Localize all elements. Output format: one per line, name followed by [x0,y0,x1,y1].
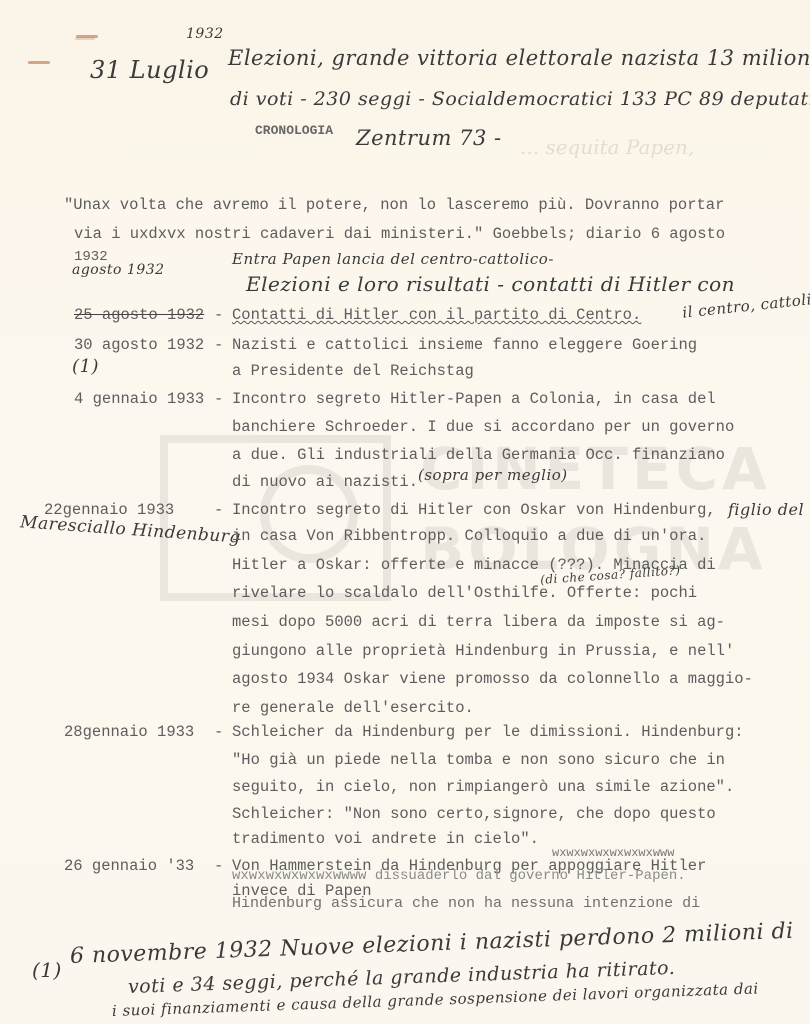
entry-text-line: giungono alle proprietà Hindenburg in Pr… [232,642,734,660]
staple-stain [28,61,50,64]
annotation-line-1: Elezioni, grande vittoria elettorale naz… [228,46,810,70]
entry-date: 4 gennaio 1933 [74,390,204,408]
page-title: CRONOLOGIA [255,123,333,138]
entry-text-line: Nazisti e cattolici insieme fanno elegge… [232,336,697,354]
entry-text-line: rivelare lo scaldalo dell'Osthilfe. Offe… [232,584,697,602]
footnote-marker: (1) [72,356,99,377]
quote-line-1: "Unax volta che avremo il potere, non lo… [64,196,724,214]
annotation-year: 1932 [186,26,224,42]
bleed-through-text: ... sequita Papen, [520,135,694,159]
entry-text-line: banchiere Schroeder. I due si accordano … [232,418,734,436]
entry-dash: - [214,857,223,875]
footnote-line-1: 6 novembre 1932 Nuove elezioni i nazisti… [70,919,794,969]
entry-text-line: in casa Von Ribbentropp. Colloquio a due… [232,527,706,545]
entry-text-line: tradimento voi andrete in cielo". [232,830,539,848]
entry-text-line: mesi dopo 5000 acri di terra libera da i… [232,613,725,631]
entry-date: 28gennaio 1933 [64,723,194,741]
entry-date: 26 gennaio '33 [64,857,194,875]
entry-text-line: Schleicher da Hindenburg per le dimissio… [232,723,744,741]
annotation-mid-line-1: Entra Papen lancia del centro-cattolico- [232,250,554,268]
footnote-marker: (1) [32,958,62,982]
entry-text-line: agosto 1934 Oskar viene promosso da colo… [232,670,753,688]
entry-text-line: a Presidente del Reichstag [232,362,474,380]
entry-text-line: "Ho già un piede nella tomba e non sono … [232,751,725,769]
entry-text-line: Incontro segreto Hitler-Papen a Colonia,… [232,390,716,408]
annotation-line-3: Zentrum 73 - [356,126,502,150]
annotation-line-2: di voti - 230 seggi - Socialdemocratici … [230,88,810,110]
annotation-mid-line-2: Elezioni e loro risultati - contatti di … [246,272,735,296]
quote-line-2: via i uxdxvx nostri cadaveri dai ministe… [74,225,725,243]
entry-dash: - [214,723,223,741]
document-page: ... sequita Papen, CINETECA BOLOGNA 1932… [0,0,810,1024]
entry-text-line: re generale dell'esercito. [232,699,474,717]
entry-dash: - [214,306,223,324]
annotation-date: 31 Luglio [90,56,209,84]
entry-date: 25 agosto 1932 [74,306,204,324]
inline-annotation: (sopra per meglio) [418,466,568,484]
entry-dash: - [214,336,223,354]
right-margin-annotation: figlio del [728,500,804,519]
entry-dash: - [214,501,223,519]
margin-annotation-date: agosto 1932 [72,262,165,278]
entry-text-line: Incontro segreto di Hitler con Oskar von… [232,501,716,519]
staple-stain [76,35,98,38]
overlay-text-line: Hindenburg assicura che non ha nessuna i… [232,895,700,912]
entry-text-line: seguito, in cielo, non rimpiangerò una s… [232,778,734,796]
entry-text-line: Schleicher: "Non sono certo,signore, che… [232,805,716,823]
entry-dash: - [214,390,223,408]
entry-text-line: Contatti di Hitler con il partito di Cen… [232,306,641,324]
entry-text-line: a due. Gli industriali della Germania Oc… [232,446,725,464]
entry-text-line: di nuovo ai nazisti. [232,473,418,491]
entry-date: 30 agosto 1932 [74,336,204,354]
